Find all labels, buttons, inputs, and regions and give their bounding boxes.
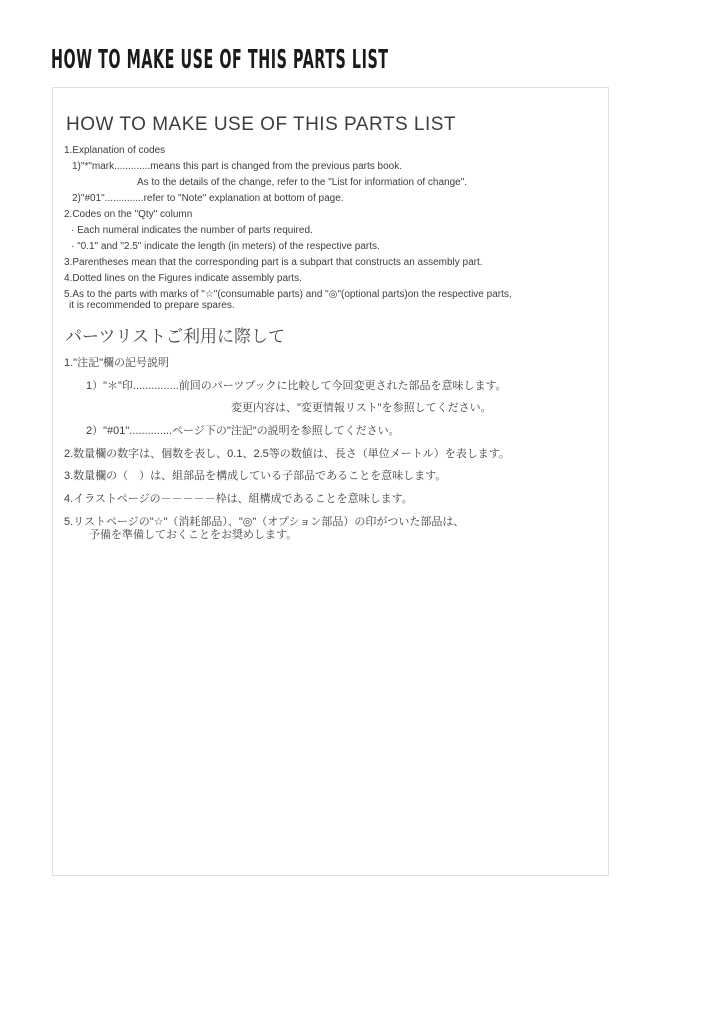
japanese-section-heading: パーツリストご利用に際して xyxy=(65,326,598,348)
jp-line-change-info-list: 変更内容は、"変更情報リスト"を参照してください。 xyxy=(231,402,598,415)
en-line-parentheses: 3.Parentheses mean that the correspondin… xyxy=(64,257,598,269)
en-line-note-reference: 2)"#01"..............refer to "Note" exp… xyxy=(72,193,598,205)
en-line-change-details: As to the details of the change, refer t… xyxy=(137,177,598,189)
en-line-numeral-bullet: · Each numeral indicates the number of p… xyxy=(71,225,598,237)
jp-line-asterisk-mark: 1）"＊"印...............前回のパーツブックに比較して今回変更さ… xyxy=(86,380,598,393)
jp-line-consumable-marks: 5.リストページの"☆"（消耗部品）、"◎"（オプション部品）の印がついた部品は… xyxy=(64,516,598,529)
jp-line-qty-parentheses: 3.数量欄の（ ）は、組部品を構成している子部品であることを意味します。 xyxy=(64,470,598,483)
jp-line-note-column-legend: 1."注記"欄の記号説明 xyxy=(64,357,598,370)
en-line-consumable-marks: 5.As to the parts with marks of "☆"(cons… xyxy=(64,289,598,301)
en-line-qty-column: 2.Codes on the "Qty" column xyxy=(64,209,598,221)
en-line-explanation-of-codes: 1.Explanation of codes xyxy=(64,145,598,157)
en-line-prepare-spares: it is recommended to prepare spares. xyxy=(69,300,598,312)
jp-line-illustration-frame: 4.イラストページの－－－－－枠は、組構成であることを意味します。 xyxy=(64,493,598,506)
jp-line-qty-numbers: 2.数量欄の数字は、個数を表し、0.1、2.5等の数値は、長さ（単位メートル）を… xyxy=(64,448,598,461)
page-title: HOW TO MAKE USE OF THIS PARTS LIST xyxy=(51,47,389,73)
document-panel: HOW TO MAKE USE OF THIS PARTS LIST 1.Exp… xyxy=(52,87,609,876)
jp-line-prepare-spares: 予備を準備しておくことをお奨めします。 xyxy=(89,529,598,542)
en-line-dotted-lines: 4.Dotted lines on the Figures indicate a… xyxy=(64,273,598,285)
english-section-heading: HOW TO MAKE USE OF THIS PARTS LIST xyxy=(66,114,598,137)
page: HOW TO MAKE USE OF THIS PARTS LIST HOW T… xyxy=(0,0,724,1024)
en-line-asterisk-mark: 1)"*"mark.............means this part is… xyxy=(72,161,598,173)
jp-line-note-reference: 2）"#01"..............ページ下の"注記"の説明を参照してくだ… xyxy=(86,425,598,438)
en-line-length-bullet: · "0.1" and "2.5" indicate the length (i… xyxy=(71,241,598,253)
